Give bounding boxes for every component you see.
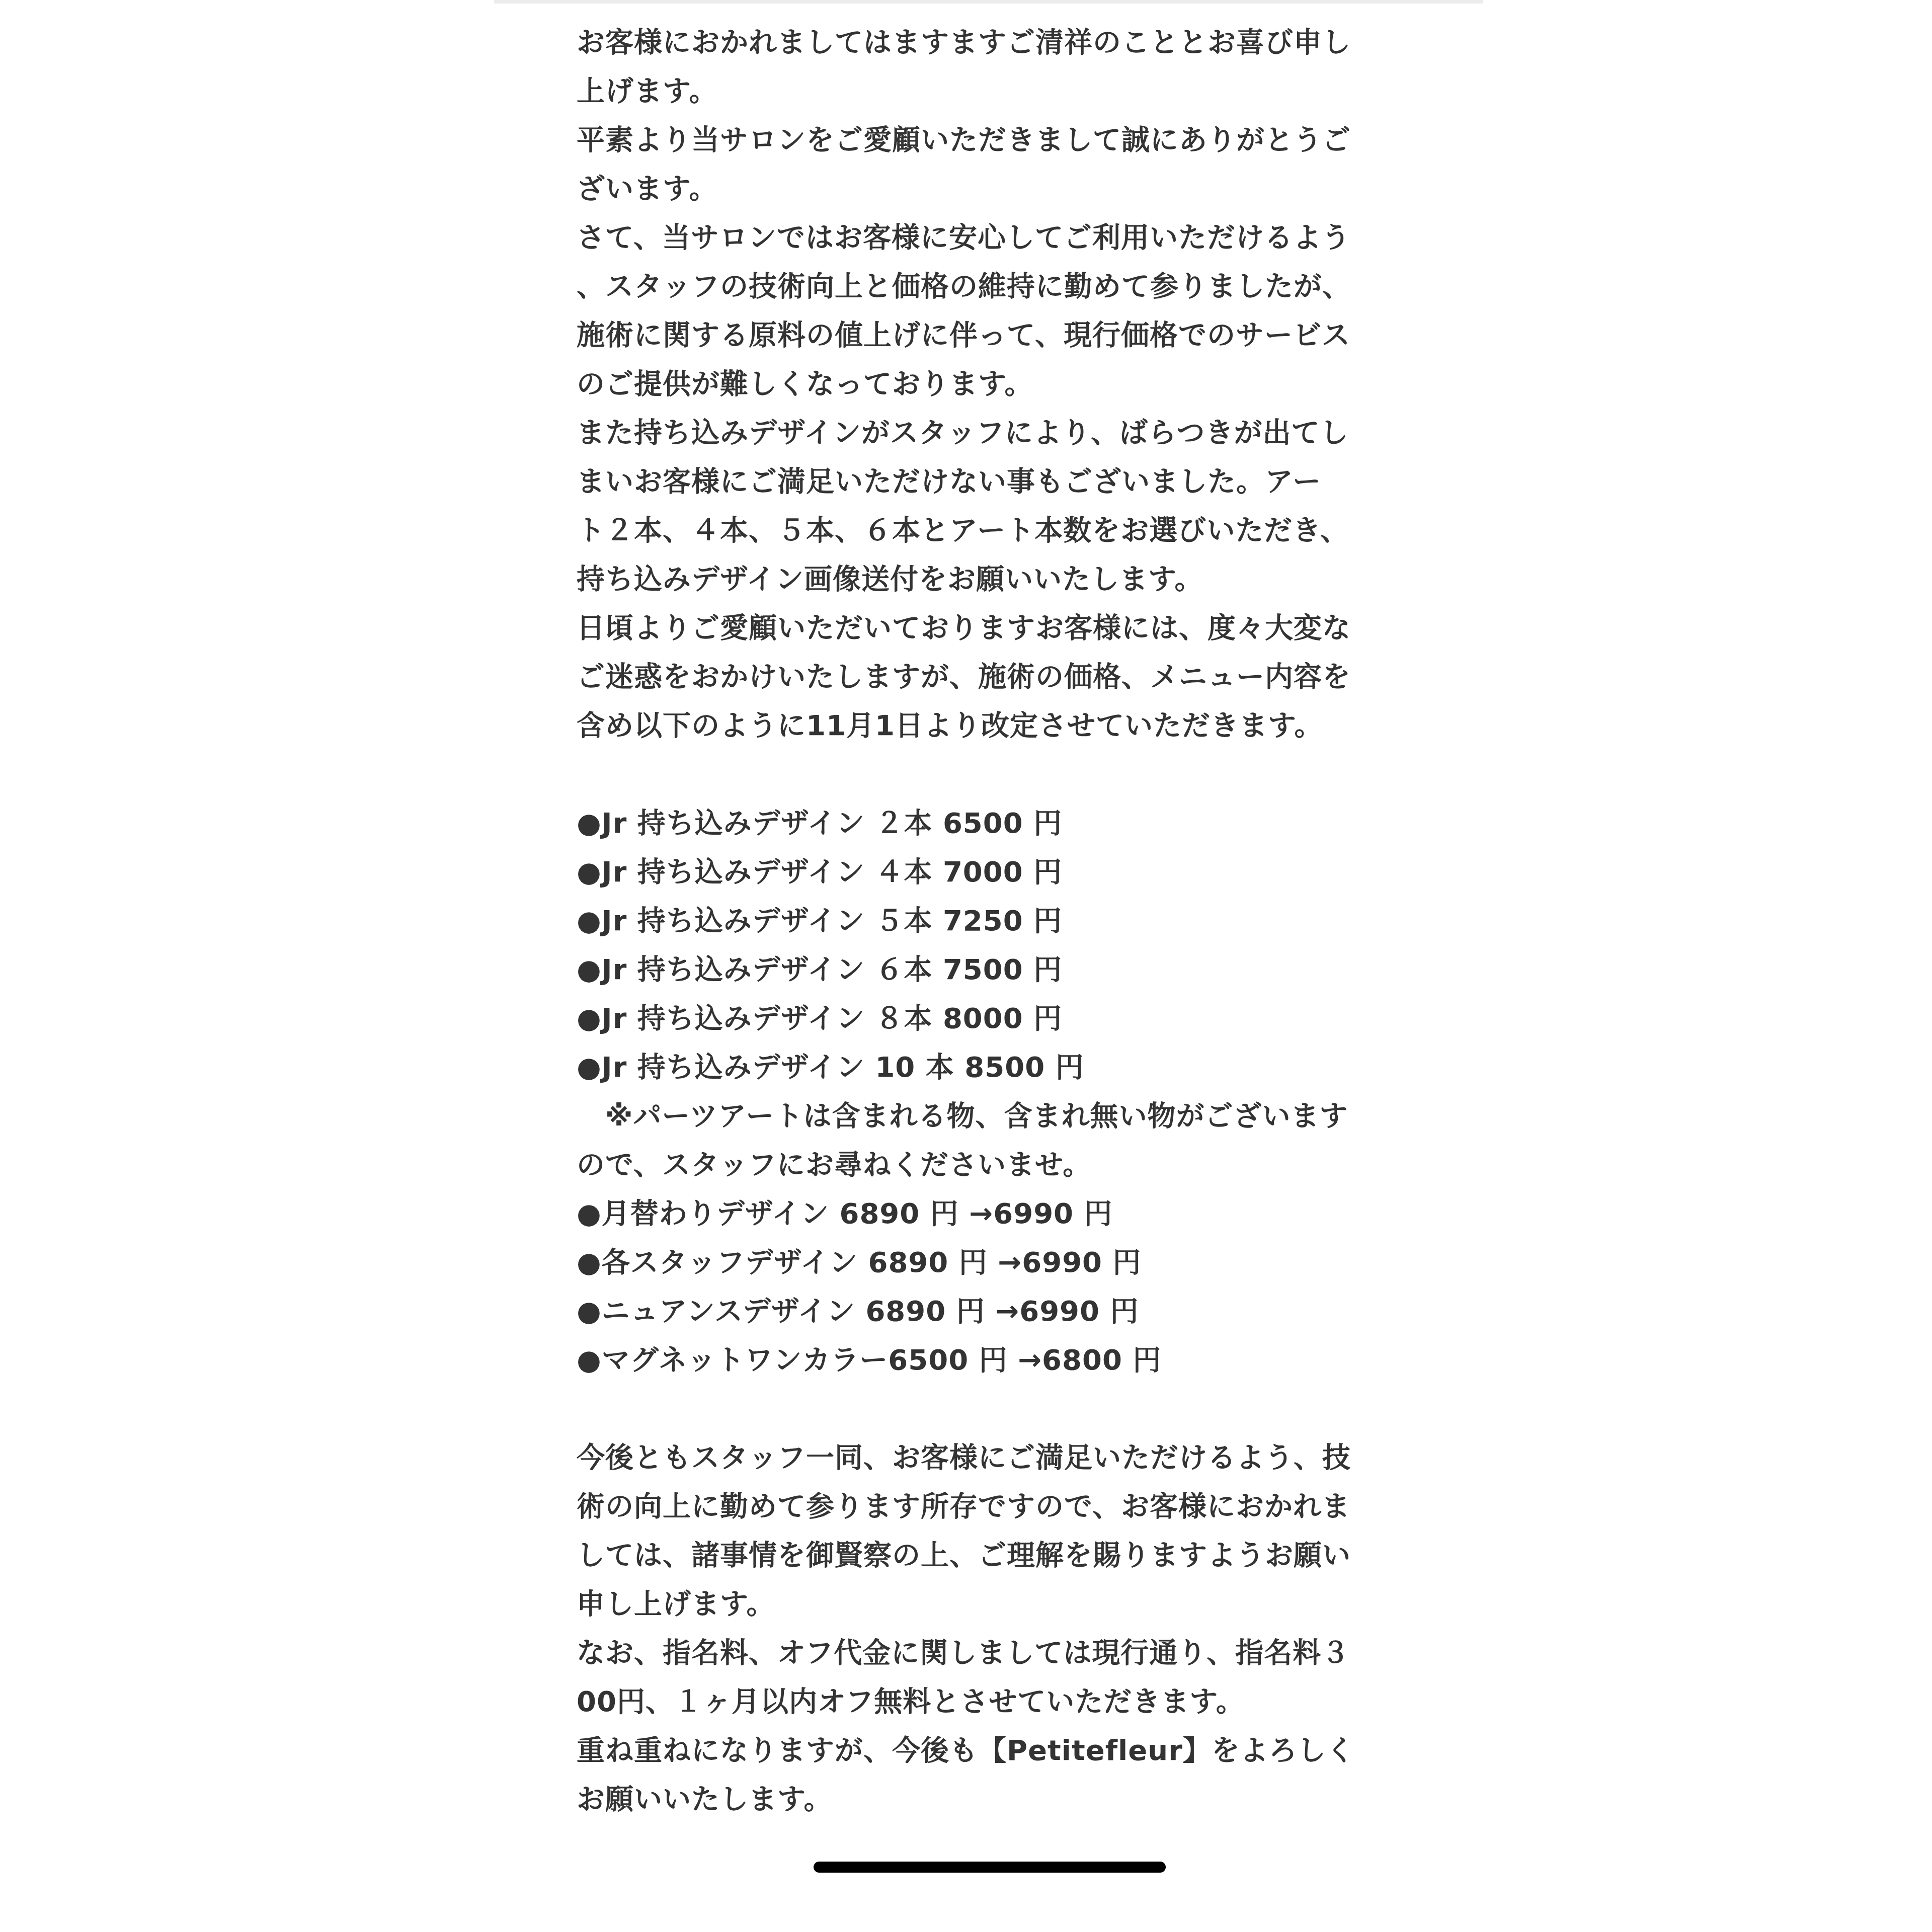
text-line: ※パーツアートは含まれる物、含まれ無い物がございます xyxy=(577,1092,1412,1141)
text-line: 申し上げます。 xyxy=(577,1580,1412,1629)
text-line: 持ち込みデザイン画像送付をお願いいたします。 xyxy=(577,555,1412,604)
text-line: 施術に関する原料の値上げに伴って、現行価格でのサービス xyxy=(577,311,1412,360)
price-change-item: ●マグネットワンカラー6500 円 →6800 円 xyxy=(577,1336,1412,1385)
text-line: 00円、１ヶ月以内オフ無料とさせていただきます。 xyxy=(577,1677,1412,1726)
price-item: ●Jr 持ち込みデザイン ２本 6500 円 xyxy=(577,799,1412,848)
text-line: しては、諸事情を御賢察の上、ご理解を賜りますようお願い xyxy=(577,1531,1412,1580)
text-line: 平素より当サロンをご愛顧いただきまして誠にありがとうご xyxy=(577,116,1412,165)
price-item: ●Jr 持ち込みデザイン 10 本 8500 円 xyxy=(577,1043,1412,1092)
price-change-list: ●月替わりデザイン 6890 円 →6990 円 ●各スタッフデザイン 6890… xyxy=(577,1189,1412,1385)
text-line: ので、スタッフにお尋ねくださいませ。 xyxy=(577,1141,1412,1189)
text-line: のご提供が難しくなっております。 xyxy=(577,360,1412,409)
text-line: また持ち込みデザインがスタッフにより、ばらつきが出てし xyxy=(577,409,1412,457)
text-line: さて、当サロンではお客様に安心してご利用いただけるよう xyxy=(577,213,1412,262)
price-item: ●Jr 持ち込みデザイン ４本 7000 円 xyxy=(577,848,1412,897)
text-line: 重ね重ねになりますが、今後も【Petitefleur】をよろしく xyxy=(577,1726,1412,1775)
text-line: 含め以下のように11月1日より改定させていただきます。 xyxy=(577,701,1412,750)
text-line: なお、指名料、オフ代金に関しましては現行通り、指名料３ xyxy=(577,1629,1412,1677)
text-line: お客様におかれましてはますますご清祥のこととお喜び申し xyxy=(577,18,1412,67)
text-line: 日頃よりご愛顧いただいておりますお客様には、度々大変な xyxy=(577,604,1412,653)
text-line: 、スタッフの技術向上と価格の維持に勤めて参りましたが、 xyxy=(577,262,1412,311)
spacer xyxy=(577,1385,1412,1433)
notice-body: お客様におかれましてはますますご清祥のこととお喜び申し 上げます。 平素より当サ… xyxy=(577,18,1412,1824)
closing-paragraph: 今後ともスタッフ一同、お客様にご満足いただけるよう、技 術の向上に勤めて参ります… xyxy=(577,1433,1412,1824)
spacer xyxy=(577,750,1412,799)
text-line: お願いいたします。 xyxy=(577,1775,1412,1824)
text-line: 上げます。 xyxy=(577,67,1412,116)
parts-note: ※パーツアートは含まれる物、含まれ無い物がございます ので、スタッフにお尋ねくだ… xyxy=(577,1092,1412,1189)
text-line: ざいます。 xyxy=(577,165,1412,213)
price-change-item: ●各スタッフデザイン 6890 円 →6990 円 xyxy=(577,1238,1412,1287)
price-item: ●Jr 持ち込みデザイン ８本 8000 円 xyxy=(577,994,1412,1043)
price-change-item: ●ニュアンスデザイン 6890 円 →6990 円 xyxy=(577,1287,1412,1336)
text-line: 術の向上に勤めて参ります所存ですので、お客様におかれま xyxy=(577,1482,1412,1531)
price-item: ●Jr 持ち込みデザイン ５本 7250 円 xyxy=(577,897,1412,945)
home-indicator-bar[interactable] xyxy=(814,1862,1166,1873)
top-divider-strip xyxy=(494,0,1483,4)
text-line: ト２本、４本、５本、６本とアート本数をお選びいただき、 xyxy=(577,506,1412,555)
text-line: 今後ともスタッフ一同、お客様にご満足いただけるよう、技 xyxy=(577,1433,1412,1482)
jr-price-list: ●Jr 持ち込みデザイン ２本 6500 円 ●Jr 持ち込みデザイン ４本 7… xyxy=(577,799,1412,1092)
price-change-item: ●月替わりデザイン 6890 円 →6990 円 xyxy=(577,1189,1412,1238)
text-line: まいお客様にご満足いただけない事もございました。アー xyxy=(577,457,1412,506)
price-item: ●Jr 持ち込みデザイン ６本 7500 円 xyxy=(577,945,1412,994)
intro-paragraph: お客様におかれましてはますますご清祥のこととお喜び申し 上げます。 平素より当サ… xyxy=(577,18,1412,750)
text-line: ご迷惑をおかけいたしますが、施術の価格、メニュー内容を xyxy=(577,653,1412,701)
